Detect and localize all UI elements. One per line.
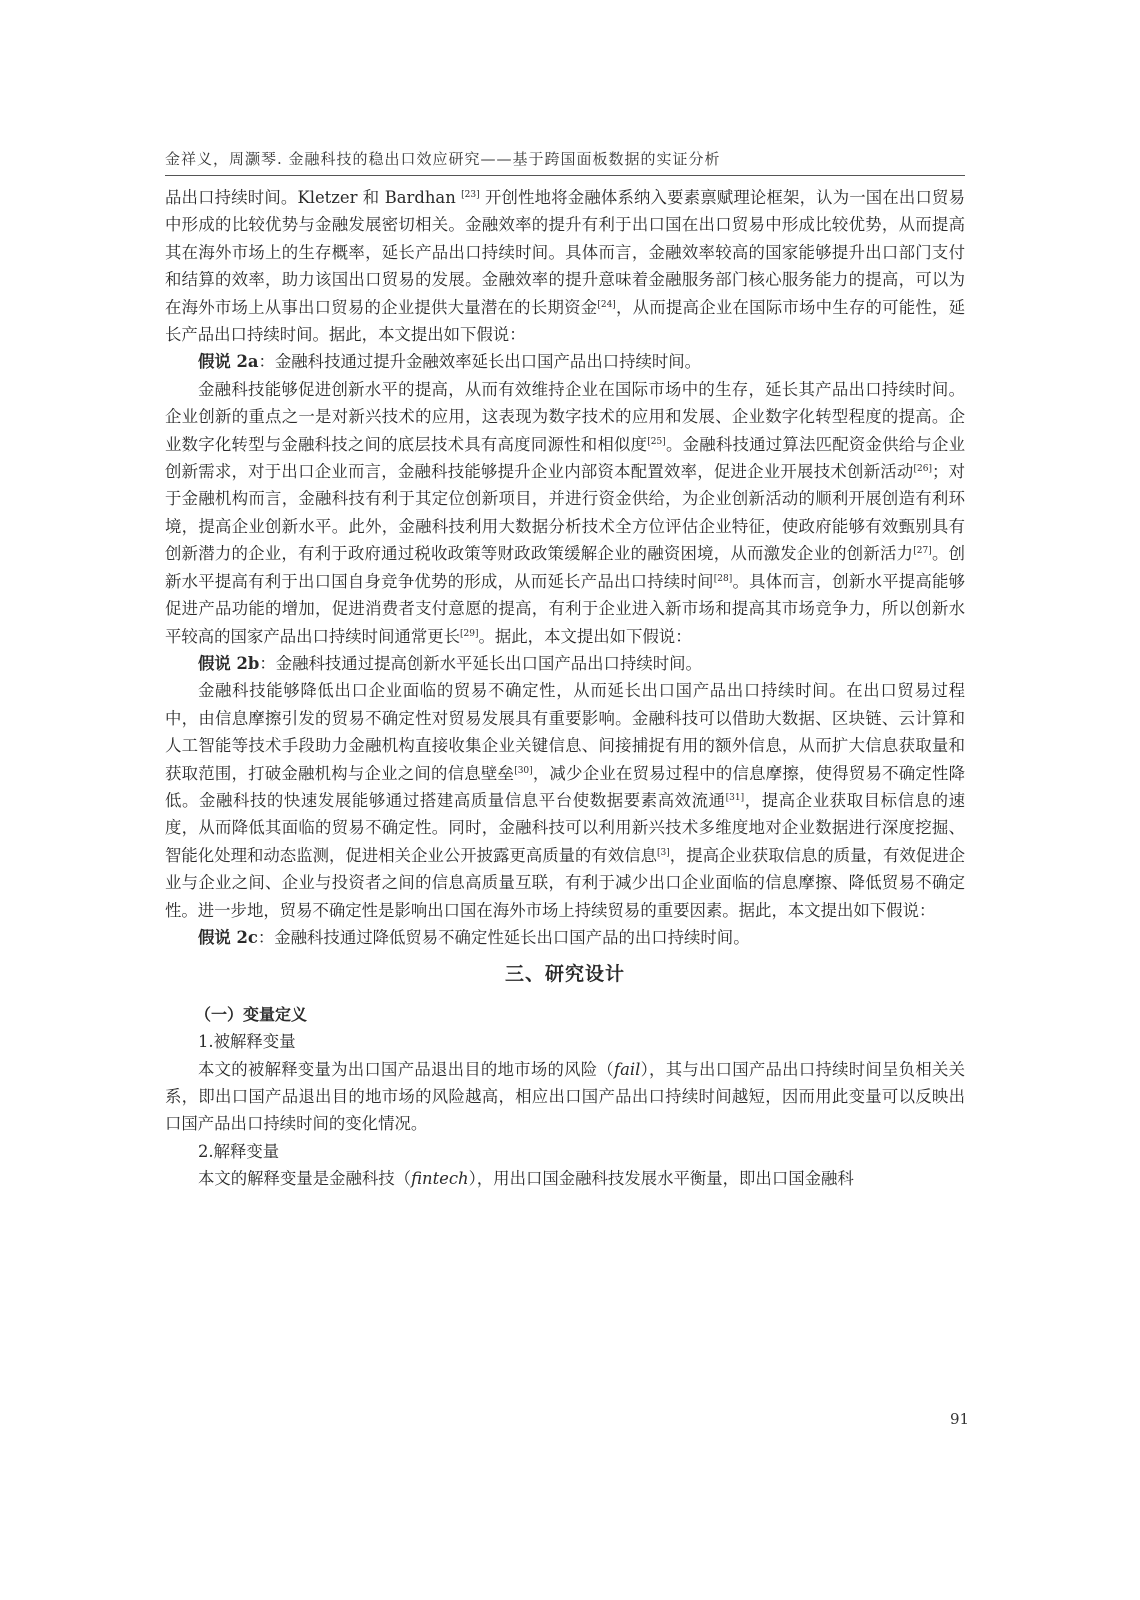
citation: [23] [461,190,479,200]
hypothesis-2c: 假说 2c：金融科技通过降低贸易不确定性延长出口国产品的出口持续时间。 [165,924,965,951]
paper-page: 金祥义，周灏琴. 金融科技的稳出口效应研究——基于跨国面板数据的实证分析 品出口… [165,148,965,1193]
citation: [27] [913,546,931,556]
citation: [25] [647,437,665,447]
hypothesis-2b: 假说 2b：金融科技通过提高创新水平延长出口国产品出口持续时间。 [165,650,965,677]
subsection-title: （一）变量定义 [165,1001,965,1028]
paragraph-dependent-variable: 本文的被解释变量为出口国产品退出目的地市场的风险（fail），其与出口国产品出口… [165,1056,965,1138]
paragraph-explanatory-variable: 本文的解释变量是金融科技（fintech），用出口国金融科技发展水平衡量，即出口… [165,1165,965,1192]
variable-fintech: fintech [411,1169,469,1188]
item-explanatory-variable-heading: 2.解释变量 [165,1138,965,1165]
hypothesis-label: 假说 2a [198,352,259,371]
section-title: 三、研究设计 [165,961,965,988]
citation: [29] [460,629,478,639]
body-text: 品出口持续时间。Kletzer 和 Bardhan [23] 开创性地将金融体系… [165,184,965,1193]
page-number: 91 [950,1410,969,1428]
citation: [26] [914,464,932,474]
running-head: 金祥义，周灏琴. 金融科技的稳出口效应研究——基于跨国面板数据的实证分析 [165,148,965,176]
citation: [3] [657,848,670,858]
citation: [31] [726,793,744,803]
citation: [30] [514,766,532,776]
citation: [24] [597,300,615,310]
hypothesis-label: 假说 2b [198,654,259,673]
hypothesis-label: 假说 2c [198,928,258,947]
item-dependent-variable-heading: 1.被解释变量 [165,1028,965,1055]
paragraph-innovation: 金融科技能够促进创新水平的提高，从而有效维持企业在国际市场中的生存，延长其产品出… [165,376,965,650]
paragraph-trade-uncertainty: 金融科技能够降低出口企业面临的贸易不确定性，从而延长出口国产品出口持续时间。在出… [165,677,965,924]
paragraph-financial-efficiency: 品出口持续时间。Kletzer 和 Bardhan [23] 开创性地将金融体系… [165,184,965,348]
citation: [28] [714,574,732,584]
variable-fail: fail [614,1060,640,1079]
hypothesis-2a: 假说 2a：金融科技通过提升金融效率延长出口国产品出口持续时间。 [165,348,965,375]
